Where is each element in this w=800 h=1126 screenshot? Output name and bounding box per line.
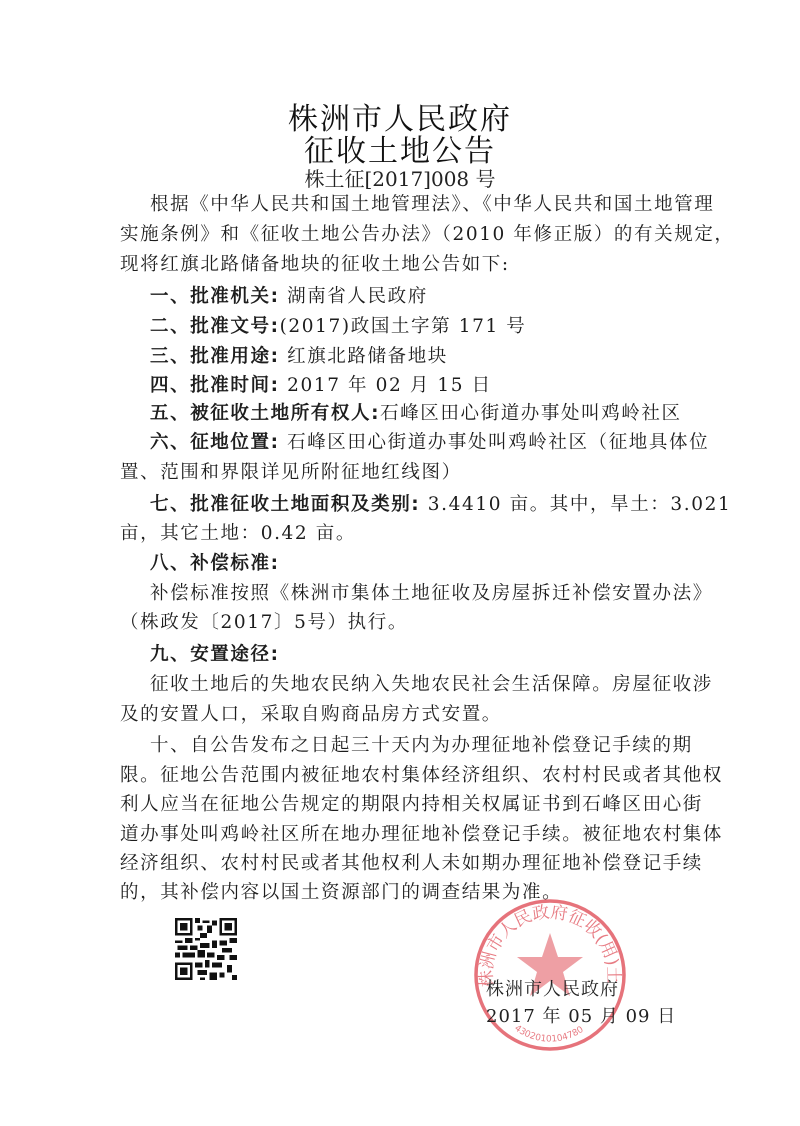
signature-date: 2017 年 05 月 09 日 bbox=[486, 1002, 686, 1028]
item-10-line-5: 经济组织、农村村民或者其他权利人未如期办理征地补偿登记手续 bbox=[120, 851, 720, 877]
item-5: 五、被征收土地所有权人:石峰区田心街道办事处叫鸡岭社区 bbox=[150, 401, 750, 427]
signature-org: 株洲市人民政府 bbox=[486, 975, 686, 1001]
item-10-line-6: 的，其补偿内容以国土资源部门的调查结果为准。 bbox=[120, 880, 720, 906]
item-2: 二、批准文号:(2017)政国土字第 171 号 bbox=[150, 314, 750, 340]
item-6-cont: 置、范围和界限详见所附征地红线图） bbox=[120, 460, 720, 486]
item-8-heading: 八、补偿标准: bbox=[150, 551, 750, 577]
intro-line-1: 根据《中华人民共和国土地管理法》、《中华人民共和国土地管理 bbox=[150, 192, 750, 218]
item-8-line-1: 补偿标准按照《株洲市集体土地征收及房屋拆迁补偿安置办法》 bbox=[150, 581, 750, 607]
item-1: 一、批准机关: 湖南省人民政府 bbox=[150, 284, 750, 310]
qr-code-icon bbox=[175, 918, 237, 980]
item-9-heading: 九、安置途径: bbox=[150, 642, 750, 668]
intro-line-2: 实施条例》和《征收土地公告办法》（2010 年修正版）的有关规定， bbox=[120, 222, 720, 248]
item-10-line-1: 十、自公告发布之日起三十天内为办理征地补偿登记手续的期 bbox=[150, 733, 750, 759]
document-number: 株土征[2017]008 号 bbox=[0, 163, 800, 192]
item-7-cont: 亩，其它土地：0.42 亩。 bbox=[120, 521, 720, 547]
item-7: 七、批准征收土地面积及类别: 3.4410 亩。其中，旱土：3.021 bbox=[150, 492, 750, 518]
item-4: 四、批准时间: 2017 年 02 月 15 日 bbox=[150, 373, 750, 399]
item-8-line-2: （株政发〔2017〕5号）执行。 bbox=[120, 610, 720, 636]
item-6: 六、征地位置: 石峰区田心街道办事处叫鸡岭社区（征地具体位 bbox=[150, 430, 750, 456]
intro-line-3: 现将红旗北路储备地块的征收土地公告如下: bbox=[120, 252, 720, 278]
item-10-line-2: 限。征地公告范围内被征地农村集体经济组织、农村村民或者其他权 bbox=[120, 763, 720, 789]
item-10-line-3: 利人应当在征地公告规定的期限内持相关权属证书到石峰区田心街 bbox=[120, 792, 720, 818]
item-9-line-1: 征收土地后的失地农民纳入失地农民社会生活保障。房屋征收涉 bbox=[150, 672, 750, 698]
item-10-line-4: 道办事处叫鸡岭社区所在地办理征地补偿登记手续。被征地农村集体 bbox=[120, 822, 720, 848]
item-3: 三、批准用途: 红旗北路储备地块 bbox=[150, 344, 750, 370]
item-9-line-2: 及的安置人口，采取自购商品房方式安置。 bbox=[120, 702, 720, 728]
